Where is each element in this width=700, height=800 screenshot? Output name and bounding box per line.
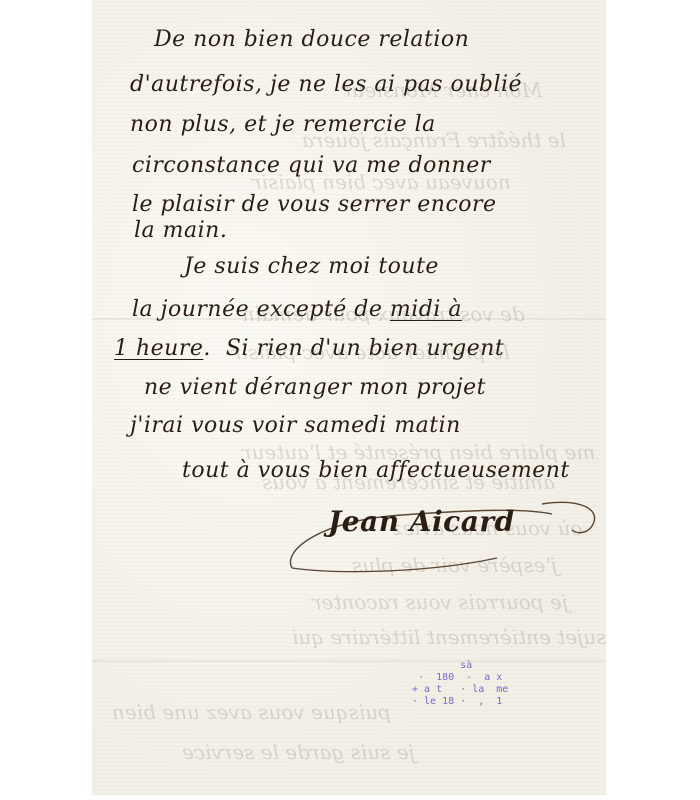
stamp-line: sà [412,660,592,672]
bleed-through-text: je suis garde le service [182,740,415,764]
underlined-text: midi à [390,297,462,322]
ink-stamp: sà · 180 - a x + a t · la me · le 18 · ,… [412,660,592,720]
underlined-text: 1 heure [114,336,203,361]
bleed-through-text: je pourrais vous raconter [312,590,568,614]
letter-line: j'irai vous voir samedi matin [130,413,461,438]
letter-line-part: la journée excepté de [132,297,390,322]
letter-line: le plaisir de vous serrer encore [132,192,497,217]
signature: Jean Aicard [328,505,515,538]
letter-line: 1 heure. Si rien d'un bien urgent [114,336,504,361]
letter-line: ne vient déranger mon projet [144,375,486,400]
letter-line: Je suis chez moi toute [184,254,439,279]
stamp-line: · le 18 · , 1 [412,696,592,708]
bleed-through-text: puisque vous avez une bien [112,700,391,724]
letter-line: d'autrefois, je ne les ai pas oublié [130,72,522,97]
letter-line: circonstance qui va me donner [132,153,491,178]
letter-line: la main. [134,218,227,243]
stamp-line: + a t · la me [412,684,592,696]
bleed-through-text: sujet entièrement littéraire qui [292,625,606,649]
letter-line: De non bien douce relation [154,27,469,52]
letter-page: Mon cher Monsieur le théâtre Français jo… [92,0,606,795]
letter-line: la journée excepté de midi à [132,297,462,322]
letter-line-part: . Si rien d'un bien urgent [203,336,504,361]
letter-line: non plus, et je remercie la [130,112,436,137]
letter-line: tout à vous bien affectueusement [182,458,570,483]
stamp-line: · 180 - a x [412,672,592,684]
